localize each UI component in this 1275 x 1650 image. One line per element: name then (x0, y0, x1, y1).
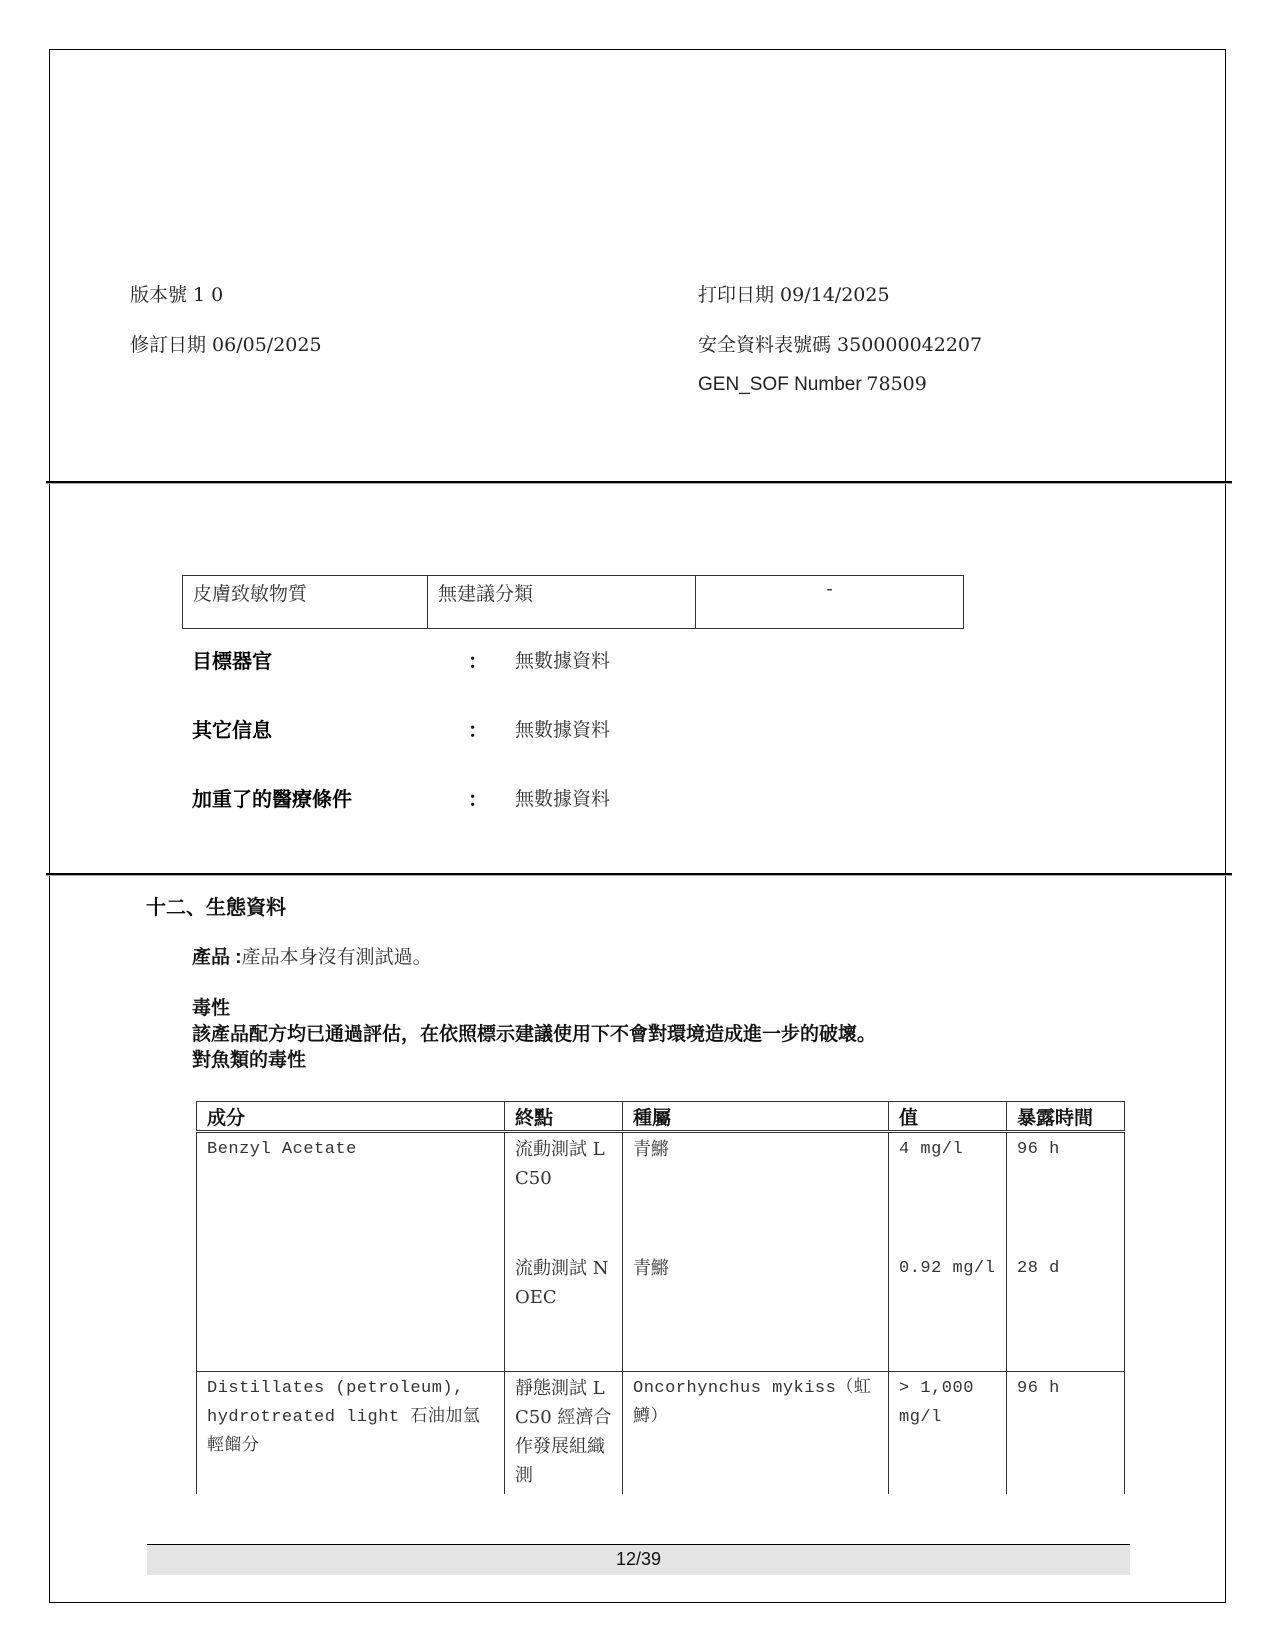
species-cell: Oncorhynchus mykiss（虹鱒） (623, 1372, 889, 1494)
species-cell: 青鱂 (623, 1252, 889, 1372)
page-number: 12/39 (147, 1549, 1130, 1570)
col-header-endpoint: 終點 (505, 1102, 623, 1132)
field-colon: ： (468, 783, 488, 812)
col-header-value: 值 (889, 1102, 1007, 1132)
hazard-class-cell: 皮膚致敏物質 (183, 576, 428, 629)
exposure-time-cell: 96 h (1007, 1372, 1125, 1494)
print-date: 打印日期 09/14/2025 (698, 280, 890, 307)
sds-number: 安全資料表號碼 350000042207 (698, 330, 982, 357)
field-value: 無數據資料 (515, 646, 610, 673)
table-row: Distillates (petroleum), hydrotreated li… (197, 1372, 1125, 1494)
field-label: 加重了的醫療條件 (192, 783, 352, 812)
page-footer: 12/39 (147, 1544, 1130, 1575)
gen-sof-label: GEN_SOF Number (698, 374, 862, 395)
section-divider (46, 873, 1232, 875)
header-divider (46, 481, 1232, 483)
toxicity-statement: 該產品配方均已通過評估，在依照標示建議使用下不會對環境造成進一步的破壞。 (192, 1019, 876, 1046)
product-statement: 產品 :產品本身沒有測試過。 (192, 942, 432, 969)
field-label: 其它信息 (192, 714, 272, 743)
table-row: Benzyl Acetate 流動測試 LC50 青鱂 4 mg/l 96 h (197, 1132, 1125, 1252)
field-label: 目標器官 (192, 645, 272, 674)
col-header-species: 種屬 (623, 1102, 889, 1132)
species-cell: 青鱂 (623, 1132, 889, 1252)
gen-sof-value: 78509 (866, 373, 926, 395)
section-title: 十二、生態資料 (146, 891, 286, 920)
gen-sof-number: GEN_SOF Number 78509 (698, 373, 927, 396)
field-value: 無數據資料 (515, 715, 610, 742)
product-text: 產品本身沒有測試過。 (242, 946, 432, 968)
exposure-time-cell: 96 h (1007, 1132, 1125, 1252)
endpoint-cell: 靜態測試 LC50 經濟合作發展組織測 (505, 1372, 623, 1494)
toxicity-heading: 毒性 (192, 993, 230, 1020)
table-header-row: 成分 終點 種屬 值 暴露時間 (197, 1102, 1125, 1132)
value-cell: 4 mg/l (889, 1132, 1007, 1252)
endpoint-cell: 流動測試 LC50 (505, 1132, 623, 1252)
value-cell: > 1,000 mg/l (889, 1372, 1007, 1494)
revision-date: 修訂日期 06/05/2025 (130, 330, 322, 357)
component-cell: Distillates (petroleum), hydrotreated li… (197, 1372, 505, 1494)
classification-cell: 無建議分類 (428, 576, 696, 629)
component-cell (197, 1252, 505, 1372)
fish-toxicity-heading: 對魚類的毒性 (192, 1045, 306, 1072)
fish-toxicity-table: 成分 終點 種屬 值 暴露時間 Benzyl Acetate 流動測試 LC50… (196, 1101, 1125, 1494)
col-header-exposure-time: 暴露時間 (1007, 1102, 1125, 1132)
table-row: 流動測試 NOEC 青鱂 0.92 mg/l 28 d (197, 1252, 1125, 1372)
field-value: 無數據資料 (515, 784, 610, 811)
field-colon: ： (468, 714, 488, 743)
table-row: 皮膚致敏物質 無建議分類 - (183, 576, 964, 629)
product-label: 產品 : (192, 947, 242, 968)
col-header-component: 成分 (197, 1102, 505, 1132)
endpoint-cell: 流動測試 NOEC (505, 1252, 623, 1372)
value-cell: 0.92 mg/l (889, 1252, 1007, 1372)
hazard-classification-table: 皮膚致敏物質 無建議分類 - (182, 575, 964, 629)
version-number: 版本號 1 0 (130, 280, 223, 307)
exposure-time-cell: 28 d (1007, 1252, 1125, 1372)
note-cell: - (696, 576, 964, 629)
field-colon: ： (468, 645, 488, 674)
component-cell: Benzyl Acetate (197, 1132, 505, 1252)
